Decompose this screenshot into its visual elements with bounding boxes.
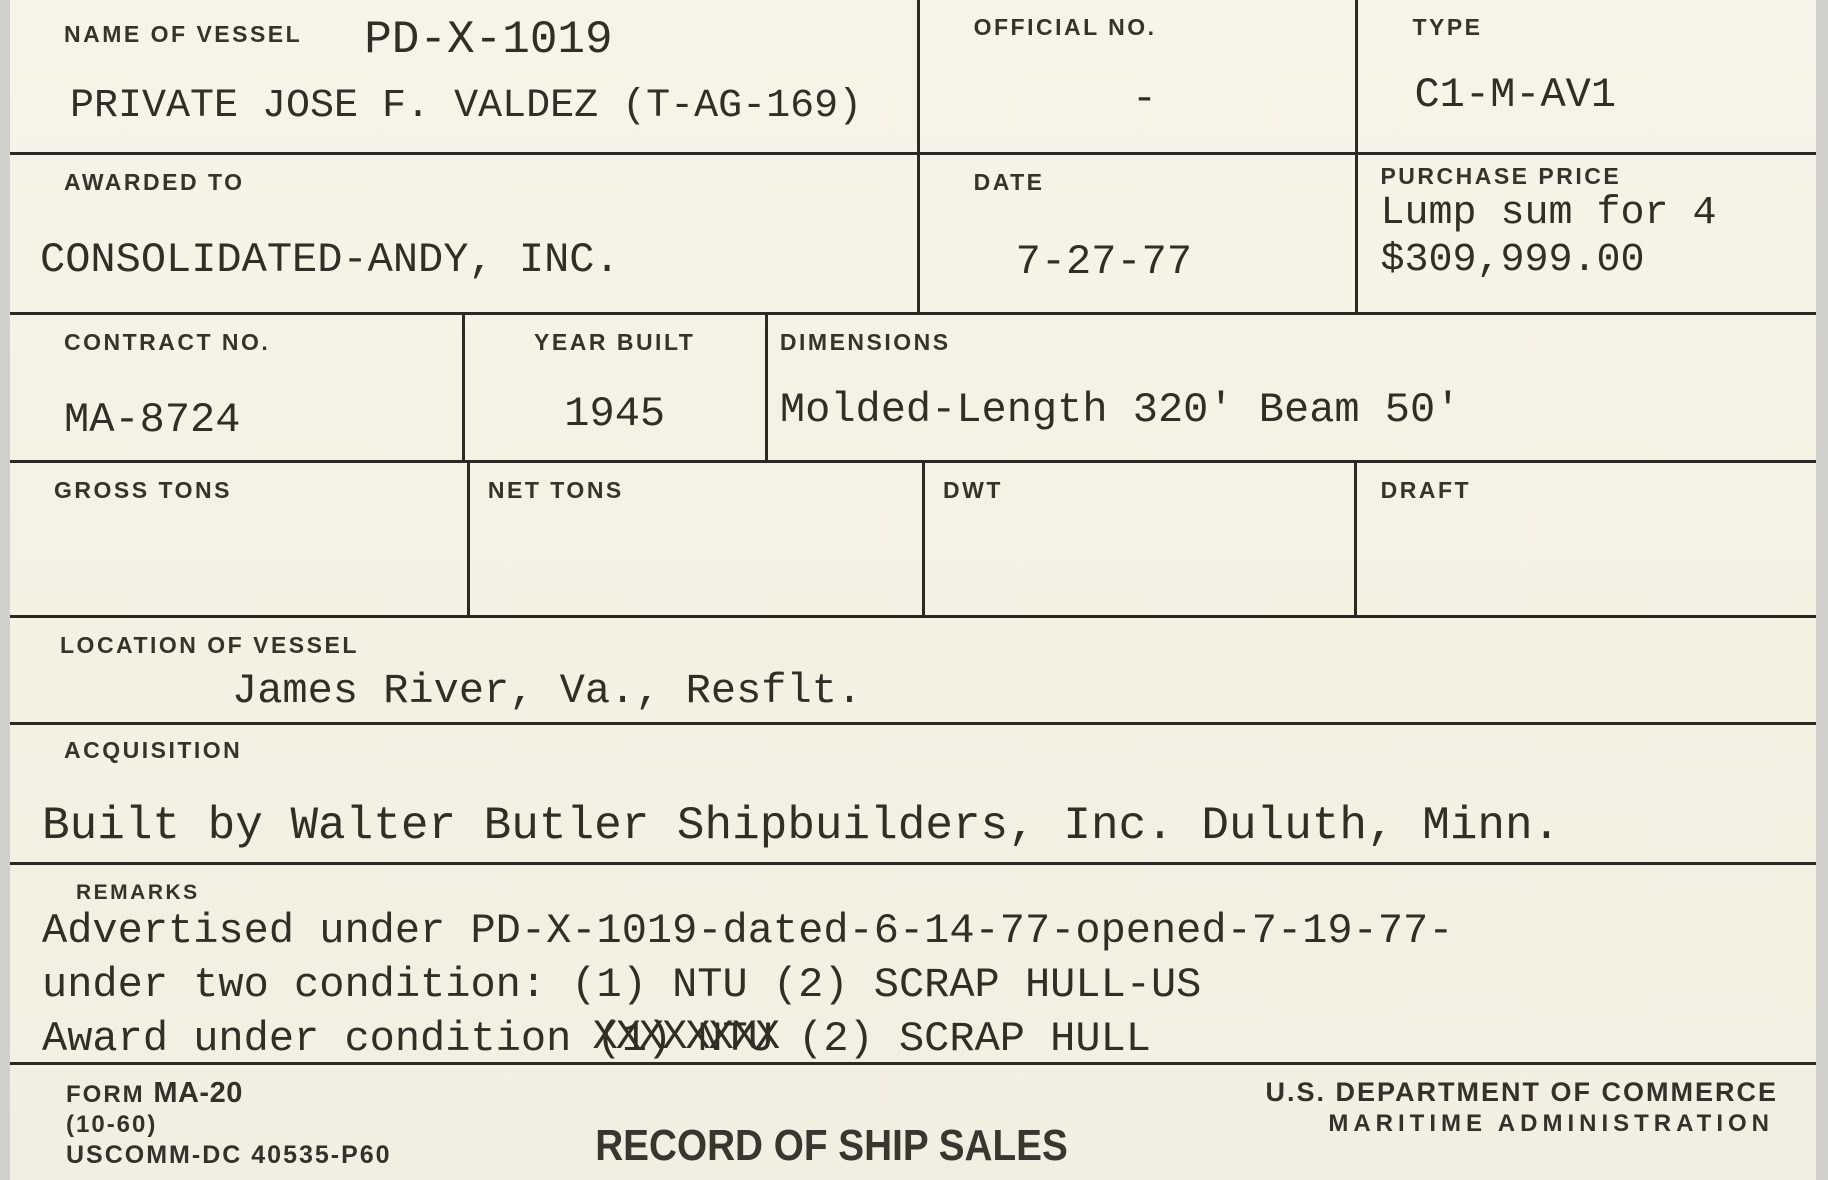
- card-footer: FORM MA-20 (10-60) USCOMM-DC 40535-P60 R…: [10, 1065, 1816, 1180]
- remarks-line-3-prefix: Award under condition: [42, 1015, 597, 1063]
- awarded-to-value: CONSOLIDATED-ANDY, INC.: [40, 236, 917, 284]
- draft-label: DRAFT: [1381, 477, 1816, 504]
- row-remarks: REMARKS Advertised under PD-X-1019-dated…: [10, 865, 1816, 1065]
- remarks-label: REMARKS: [76, 881, 1816, 905]
- awarded-to-label: AWARDED TO: [64, 169, 917, 196]
- dimensions-label: DIMENSIONS: [780, 329, 1816, 356]
- row-acquisition: ACQUISITION Built by Walter Butler Shipb…: [10, 725, 1816, 865]
- field-date: DATE 7-27-77: [917, 155, 1356, 312]
- struck-text: (1) NTUXXXXXXXX: [597, 1013, 773, 1067]
- row-vessel-identity: NAME OF VESSELPD-X-1019 PRIVATE JOSE F. …: [10, 0, 1816, 155]
- field-dwt: DWT: [922, 463, 1354, 615]
- official-no-value: -: [974, 75, 1356, 123]
- sale-reference-number: PD-X-1019: [364, 14, 612, 66]
- official-no-label: OFFICIAL NO.: [974, 14, 1356, 41]
- year-built-label: YEAR BUILT: [534, 329, 695, 356]
- purchase-price-line2: $309,999.00: [1380, 237, 1816, 284]
- remarks-line-3: Award under condition (1) NTUXXXXXXXX (2…: [42, 1013, 1816, 1067]
- agency-administration: MARITIME ADMINISTRATION: [1130, 1110, 1778, 1138]
- type-value: C1-M-AV1: [1414, 71, 1816, 119]
- purchase-price-label: PURCHASE PRICE: [1380, 163, 1816, 190]
- row-tonnage: GROSS TONS NET TONS DWT DRAFT: [10, 463, 1816, 618]
- contract-no-label: CONTRACT NO.: [64, 329, 462, 356]
- form-number-line: FORM MA-20: [66, 1077, 534, 1110]
- field-name-of-vessel: NAME OF VESSELPD-X-1019 PRIVATE JOSE F. …: [10, 0, 917, 152]
- location-value: James River, Va., Resflt.: [232, 667, 1816, 715]
- remarks-line-3-suffix: (2) SCRAP HULL: [773, 1015, 1151, 1063]
- type-label: TYPE: [1412, 14, 1816, 41]
- gross-tons-label: GROSS TONS: [54, 477, 467, 504]
- ship-sales-record-card: NAME OF VESSELPD-X-1019 PRIVATE JOSE F. …: [10, 0, 1816, 1180]
- name-of-vessel-value: PRIVATE JOSE F. VALDEZ (T-AG-169): [70, 84, 917, 129]
- field-contract-no: CONTRACT NO. MA-8724: [10, 315, 462, 460]
- net-tons-label: NET TONS: [488, 477, 922, 504]
- row-contract: CONTRACT NO. MA-8724 YEAR BUILT 1945 DIM…: [10, 315, 1816, 463]
- acquisition-value: Built by Walter Butler Shipbuilders, Inc…: [42, 800, 1816, 852]
- field-net-tons: NET TONS: [467, 463, 922, 615]
- contract-no-value: MA-8724: [64, 396, 462, 444]
- field-year-built: YEAR BUILT 1945: [462, 315, 765, 460]
- name-of-vessel-label: NAME OF VESSEL: [64, 21, 302, 47]
- field-official-no: OFFICIAL NO. -: [917, 0, 1356, 152]
- purchase-price-line1: Lump sum for 4: [1380, 190, 1816, 237]
- agency-department: U.S. DEPARTMENT OF COMMERCE: [1130, 1077, 1778, 1108]
- row-location: LOCATION OF VESSEL James River, Va., Res…: [10, 618, 1816, 725]
- dimensions-value: Molded-Length 320' Beam 50': [780, 386, 1816, 434]
- strike-overtype-x: XXXXXXXX: [593, 1011, 779, 1065]
- form-prefix: FORM: [66, 1081, 145, 1108]
- field-draft: DRAFT: [1354, 463, 1816, 615]
- dwt-label: DWT: [943, 477, 1354, 504]
- year-built-value: 1945: [465, 390, 765, 438]
- row-award: AWARDED TO CONSOLIDATED-ANDY, INC. DATE …: [10, 155, 1816, 315]
- footer-title-block: RECORD OF SHIP SALES: [534, 1077, 1130, 1180]
- form-number: MA-20: [153, 1077, 243, 1109]
- acquisition-label: ACQUISITION: [64, 737, 1816, 764]
- field-type: TYPE C1-M-AV1: [1355, 0, 1816, 152]
- form-revision: (10-60): [66, 1111, 534, 1139]
- field-dimensions: DIMENSIONS Molded-Length 320' Beam 50': [765, 315, 1816, 460]
- remarks-line-1: Advertised under PD-X-1019-dated-6-14-77…: [42, 905, 1816, 959]
- agency-block: U.S. DEPARTMENT OF COMMERCE MARITIME ADM…: [1130, 1077, 1816, 1180]
- field-gross-tons: GROSS TONS: [10, 463, 467, 615]
- remarks-line-2: under two condition: (1) NTU (2) SCRAP H…: [42, 959, 1816, 1013]
- location-label: LOCATION OF VESSEL: [60, 632, 1816, 659]
- date-value: 7-27-77: [1016, 238, 1356, 286]
- card-title: RECORD OF SHIP SALES: [595, 1121, 1068, 1171]
- field-awarded-to: AWARDED TO CONSOLIDATED-ANDY, INC.: [10, 155, 917, 312]
- form-print-code: USCOMM-DC 40535-P60: [66, 1141, 534, 1170]
- form-identification-block: FORM MA-20 (10-60) USCOMM-DC 40535-P60: [10, 1077, 534, 1180]
- date-label: DATE: [974, 169, 1356, 196]
- field-purchase-price: PURCHASE PRICE Lump sum for 4 $309,999.0…: [1355, 155, 1816, 312]
